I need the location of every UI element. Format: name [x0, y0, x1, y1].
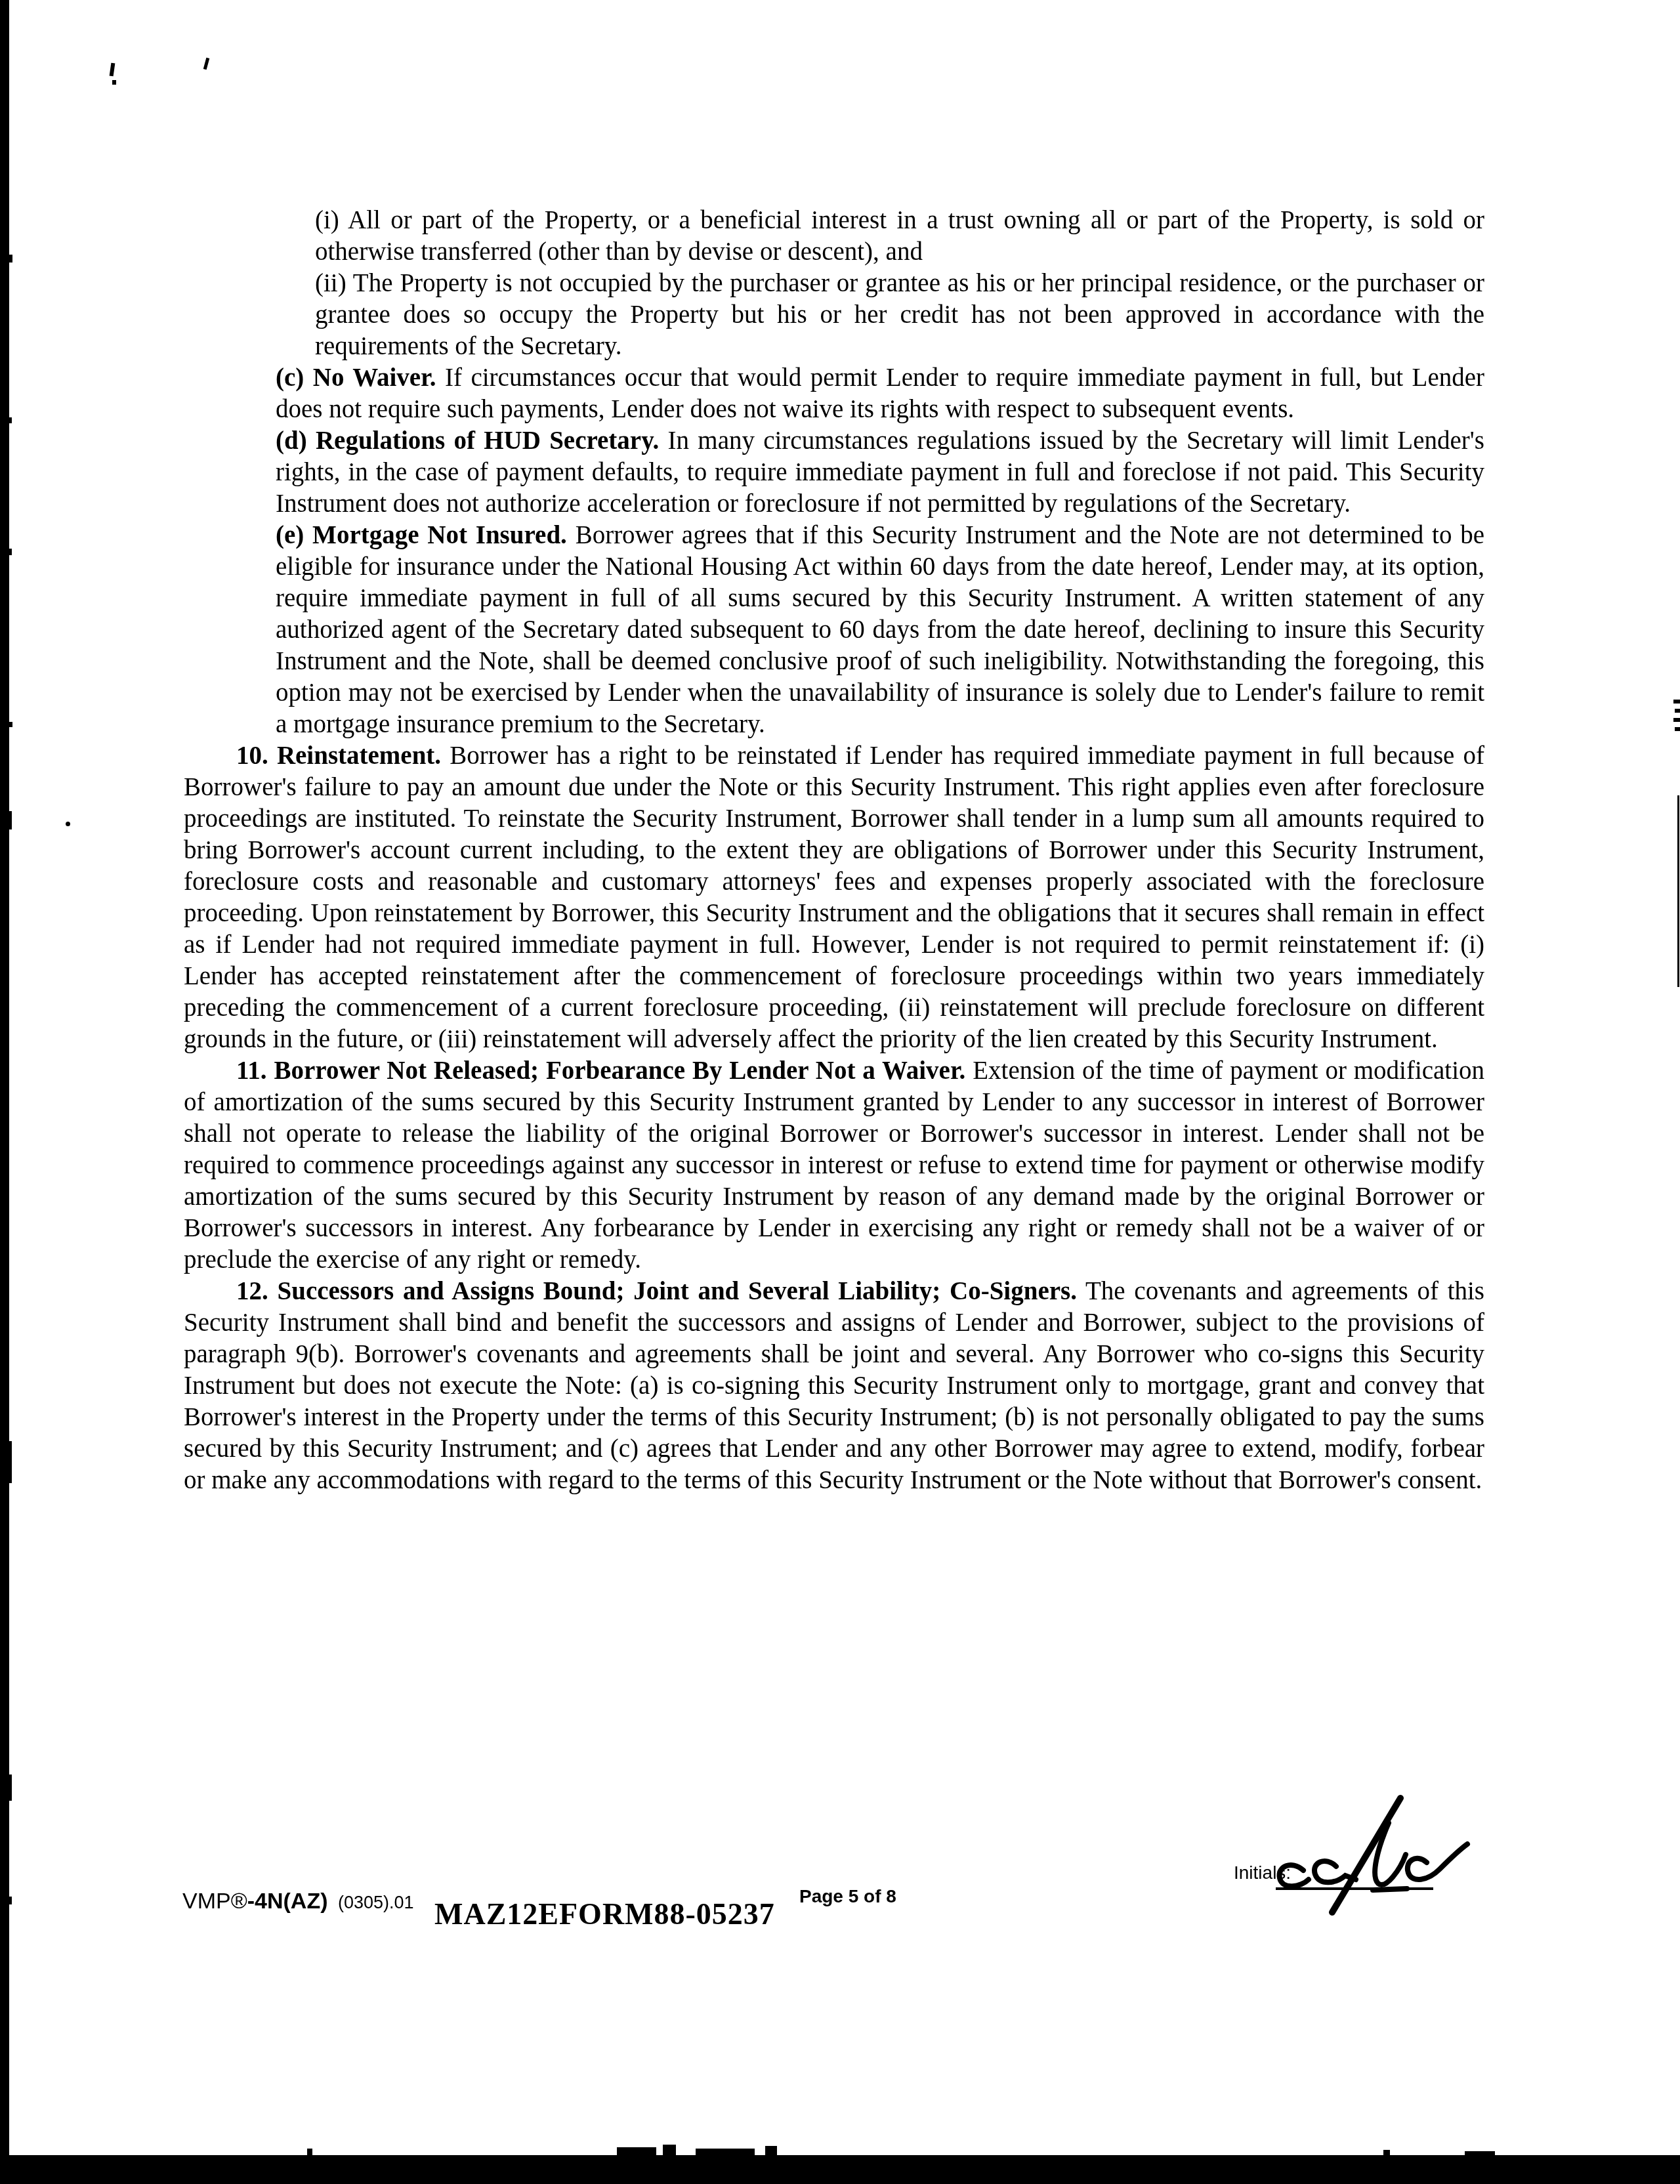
scan-speck: [696, 2149, 755, 2155]
section-label: 12.: [236, 1277, 268, 1305]
clause-label: (i): [315, 206, 339, 234]
clause-title: Mortgage Not Insured.: [312, 521, 567, 549]
scan-speck: [1675, 727, 1680, 731]
section-label: 11.: [236, 1057, 267, 1085]
section-10-reinstatement: 10. Reinstatement. Borrower has a right …: [184, 740, 1484, 1055]
clause-label: (e): [276, 521, 304, 549]
scan-speck: [765, 2146, 777, 2155]
scan-speck: [112, 80, 116, 85]
scan-speck: [9, 417, 12, 423]
scan-speck: [9, 722, 12, 727]
scan-speck: [9, 811, 12, 829]
scan-speck: [1675, 709, 1680, 713]
scan-edge-bottom: [0, 2155, 1680, 2184]
section-text: Extension of the time of payment or modi…: [184, 1057, 1484, 1274]
scan-speck: [9, 549, 12, 555]
clause-title: No Waiver.: [313, 364, 436, 392]
scan-speck: [307, 2149, 312, 2155]
handwritten-initials: [1255, 1772, 1478, 1916]
clause-title: Regulations of HUD Secretary.: [316, 427, 659, 455]
clause-e-mortgage-not-insured: (e) Mortgage Not Insured. Borrower agree…: [276, 520, 1484, 740]
form-revision: (0305).01: [338, 1893, 414, 1912]
document-body: (i) All or part of the Property, or a be…: [184, 205, 1484, 1496]
initials-block: Initials:: [1215, 1772, 1491, 1916]
scan-speck: [9, 1774, 12, 1801]
clause-text: Borrower agrees that if this Security In…: [276, 521, 1484, 738]
scan-speck: [9, 1441, 12, 1483]
scan-speck: [9, 1897, 12, 1904]
section-title: Borrower Not Released; Forbearance By Le…: [274, 1057, 965, 1085]
scan-speck: [1465, 2151, 1495, 2155]
page-indicator: Page 5 of 8: [799, 1886, 896, 1907]
clause-roman-i: (i) All or part of the Property, or a be…: [315, 205, 1484, 268]
form-name: MAZ12EFORM88-05237: [434, 1897, 775, 1931]
clause-label: (c): [276, 364, 304, 392]
form-number: VMP®-4N(AZ) (0305).01: [182, 1889, 414, 1914]
clause-roman-ii: (ii) The Property is not occupied by the…: [315, 268, 1484, 362]
form-code: -4N(AZ): [247, 1889, 328, 1914]
scan-speck: [1673, 700, 1680, 703]
scan-speck: [66, 822, 70, 826]
clause-d-hud-regulations: (d) Regulations of HUD Secretary. In man…: [276, 425, 1484, 520]
clause-label: (ii): [315, 269, 346, 297]
scan-speck: [663, 2145, 676, 2155]
section-title: Reinstatement.: [277, 742, 441, 770]
scan-speck: [1673, 718, 1680, 722]
scan-speck: [617, 2147, 656, 2155]
scan-edge-left: [0, 0, 9, 2184]
form-code-prefix: VMP®: [182, 1889, 247, 1914]
scan-hairline: [1677, 795, 1679, 987]
section-text: Borrower has a right to be reinstated if…: [184, 742, 1484, 1053]
scan-speck: [9, 255, 12, 262]
clause-text: All or part of the Property, or a benefi…: [315, 206, 1484, 266]
section-text: The covenants and agreements of this Sec…: [184, 1277, 1484, 1494]
section-11-borrower-not-released: 11. Borrower Not Released; Forbearance B…: [184, 1055, 1484, 1276]
scan-speck: [1383, 2150, 1390, 2155]
clause-text: If circumstances occur that would permit…: [276, 364, 1484, 423]
scan-speck: [203, 58, 209, 70]
clause-c-no-waiver: (c) No Waiver. If circumstances occur th…: [276, 362, 1484, 425]
clause-text: The Property is not occupied by the purc…: [315, 269, 1484, 360]
section-12-successors-assigns: 12. Successors and Assigns Bound; Joint …: [184, 1276, 1484, 1496]
clause-label: (d): [276, 427, 307, 455]
section-label: 10.: [236, 742, 268, 770]
scan-speck: [110, 63, 115, 77]
section-title: Successors and Assigns Bound; Joint and …: [278, 1277, 1077, 1305]
document-page: (i) All or part of the Property, or a be…: [0, 0, 1680, 2184]
